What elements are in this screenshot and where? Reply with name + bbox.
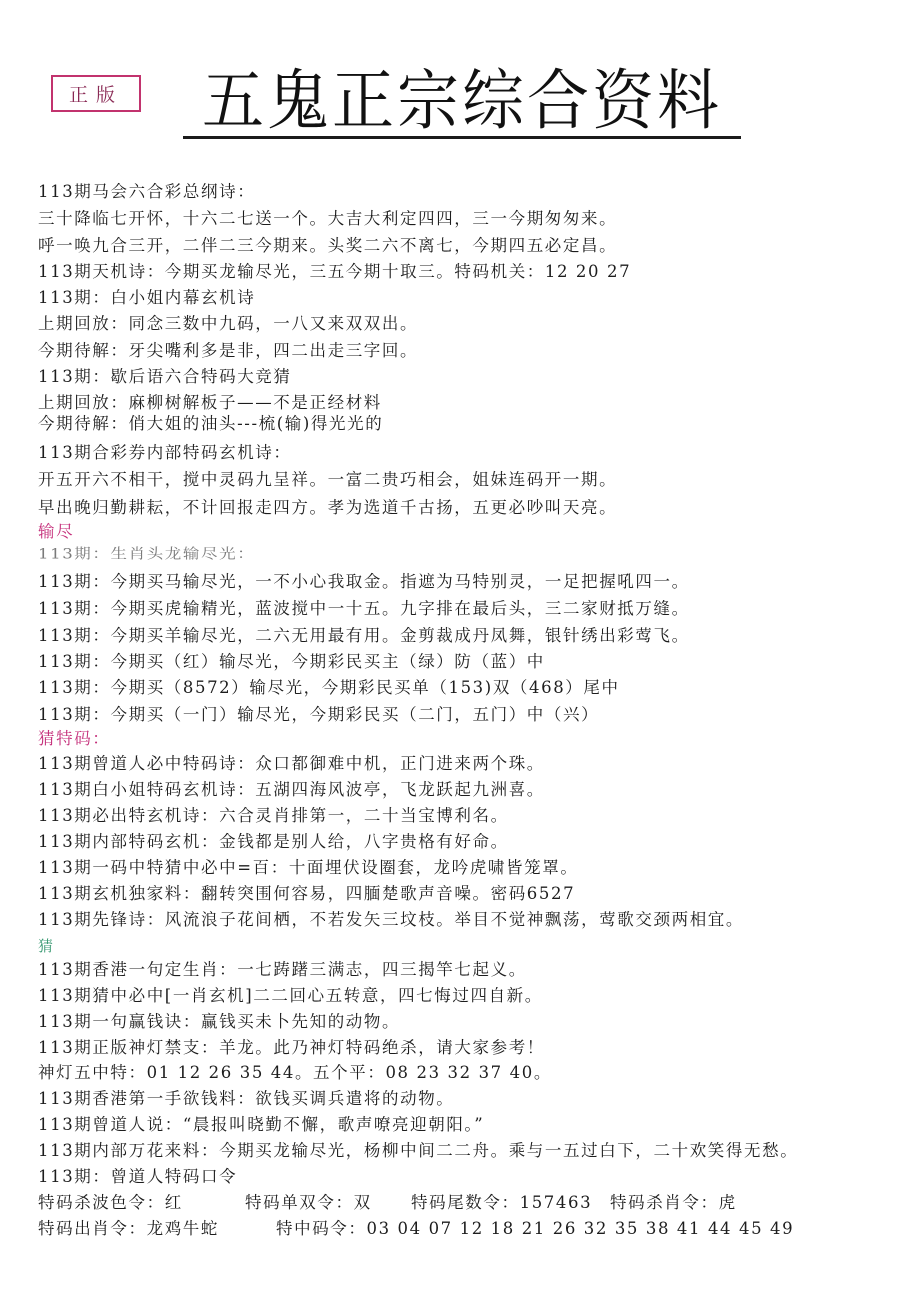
text-line: 113期：今期买（红）输尽光，今期彩民买主（绿）防（蓝）中: [38, 650, 545, 674]
command-value: 龙鸡牛蛇: [147, 1219, 219, 1238]
text-line: 早出晚归勤耕耘，不计回报走四方。孝为选道千古扬，五更必吵叫天亮。: [38, 496, 617, 520]
text-line: 开五开六不相干，搅中灵码九呈祥。一富二贵巧相会，姐妹连码开一期。: [38, 468, 617, 492]
command-item: 特中码令：03 04 07 12 18 21 26 32 35 38 41 44…: [276, 1217, 794, 1241]
text-line: 今期待解：俏大姐的油头---梳(输)得光光的: [38, 412, 383, 436]
command-item: 特码单双令：双: [245, 1191, 372, 1215]
text-line: 113期必出特玄机诗：六合灵肖排第一，二十当宝博利名。: [38, 804, 509, 828]
command-item: 特码杀波色令：红: [38, 1191, 183, 1215]
command-item: 特码出肖令：龙鸡牛蛇: [38, 1217, 219, 1241]
text-line: 113期天机诗：今期买龙输尽光，三五今期十取三。特码机关：12 20 27: [38, 260, 631, 284]
text-line: 113期玄机独家料：翻转突围何容易，四腼楚歌声音噪。密码6527: [38, 882, 575, 906]
text-line: 113期：曾道人特码口令: [38, 1165, 237, 1189]
page-title: 五鬼正宗综合资料: [182, 60, 742, 142]
text-line: 113期正版神灯禁支：羊龙。此乃神灯特码绝杀，请大家参考！: [38, 1036, 545, 1060]
text-line: 113期香港第一手欲钱料：欲钱买调兵遣将的动物。: [38, 1087, 454, 1111]
text-line: 上期回放：同念三数中九码，一八又来双双出。: [38, 312, 418, 336]
text-line: 113期：今期买羊输尽光，二六无用最有用。金剪裁成丹凤舞，银针绣出彩莺飞。: [38, 624, 690, 648]
text-line: 113期：生肖头龙输尽光：: [38, 544, 255, 564]
command-item: 特码杀肖令：虎: [610, 1191, 737, 1215]
command-label: 特码尾数令：: [411, 1193, 520, 1212]
command-value: 03 04 07 12 18 21 26 32 35 38 41 44 45 4…: [367, 1219, 795, 1238]
authentic-badge: 正版: [51, 75, 141, 112]
text-line: 113期马会六合彩总纲诗：: [38, 180, 255, 204]
text-line: 113期一句赢钱诀：赢钱买未卜先知的动物。: [38, 1010, 400, 1034]
command-value: 红: [165, 1193, 183, 1212]
text-line: 113期曾道人说：“晨报叫晓勤不懈，歌声嘹亮迎朝阳。”: [38, 1113, 484, 1137]
text-line: 113期猜中必中[一肖玄机]二二回心五转意，四七悔过四自新。: [38, 984, 543, 1008]
badge-label: 正版: [69, 80, 123, 107]
text-line: 呼一唤九合三开，二伴二三今期来。头奖二六不离七，今期四五必定昌。: [38, 234, 617, 258]
command-label: 特码杀波色令：: [38, 1193, 165, 1212]
text-line: 113期一码中特猜中必中=百：十面埋伏设圈套，龙吟虎啸皆笼罩。: [38, 856, 578, 880]
title-underline: [183, 136, 741, 139]
text-line: 113期：歇后语六合特码大竞猜: [38, 365, 292, 389]
section-heading: 猜特码：: [38, 727, 110, 751]
text-line: 113期：今期买马输尽光，一不小心我取金。指遮为马特别灵，一足把握吼四一。: [38, 570, 690, 594]
command-value: 双: [354, 1193, 372, 1212]
command-item: 特码尾数令：157463: [411, 1191, 592, 1215]
text-line: 113期先锋诗：风流浪子花间栖，不若发矢三坟枝。举目不觉神飘荡，莺歌交颈两相宜。: [38, 908, 744, 932]
text-line: 113期：今期买（一门）输尽光，今期彩民买（二门，五门）中（兴）: [38, 703, 599, 727]
text-line: 神灯五中特：01 12 26 35 44。五个平：08 23 32 37 40。: [38, 1061, 552, 1085]
text-line: 113期内部特码玄机：金钱都是别人给，八字贵格有好命。: [38, 830, 509, 854]
command-value: 157463: [520, 1193, 593, 1212]
command-label: 特码出肖令：: [38, 1219, 147, 1238]
section-heading: 猜: [38, 934, 55, 958]
text-line: 113期合彩券内部特码玄机诗：: [38, 441, 292, 465]
text-line: 113期香港一句定生肖：一七踌躇三满志，四三揭竿七起义。: [38, 958, 527, 982]
text-line: 113期内部万花来料：今期买龙输尽光，杨柳中间二二舟。乘与一五过白下，二十欢笑得…: [38, 1139, 798, 1163]
text-line: 今期待解：牙尖嘴利多是非，四二出走三字回。: [38, 339, 418, 363]
section-heading: 输尽: [38, 520, 74, 544]
text-line: 113期：今期买虎输精光，蓝波搅中一十五。九字排在最后头，三二家财抵万缝。: [38, 597, 690, 621]
command-label: 特码杀肖令：: [610, 1193, 719, 1212]
text-line: 三十降临七开怀，十六二七送一个。大吉大利定四四，三一今期匆匆来。: [38, 207, 617, 231]
text-line: 113期曾道人必中特码诗：众口都御难中机，正门进来两个珠。: [38, 752, 545, 776]
command-label: 特中码令：: [276, 1219, 367, 1238]
text-line: 113期：今期买（8572）输尽光，今期彩民买单（153)双（468）尾中: [38, 676, 620, 700]
text-line: 113期白小姐特码玄机诗：五湖四海风波亭，飞龙跃起九洲喜。: [38, 778, 545, 802]
command-value: 虎: [719, 1193, 737, 1212]
command-label: 特码单双令：: [245, 1193, 354, 1212]
text-line: 113期：白小姐内幕玄机诗: [38, 286, 255, 310]
